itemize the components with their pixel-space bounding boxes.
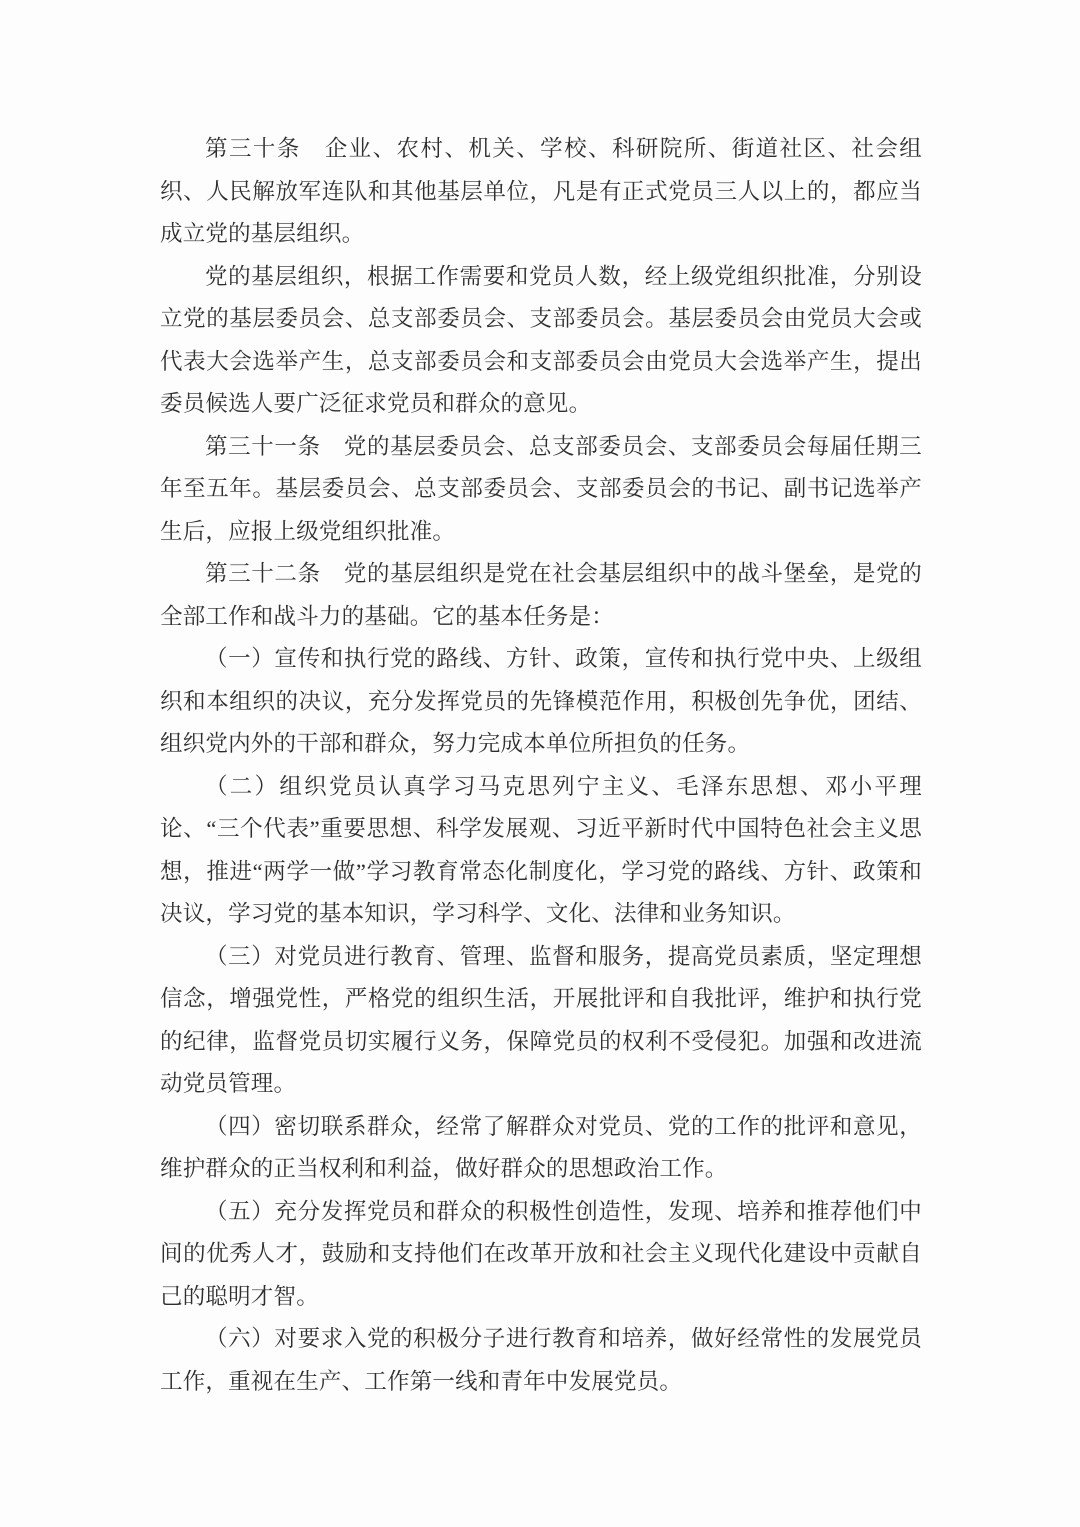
paragraph: 第三十二条 党的基层组织是党在社会基层组织中的战斗堡垒，是党的全部工作和战斗力的… (160, 553, 922, 638)
document-body: 第三十条 企业、农村、机关、学校、科研院所、街道社区、社会组织、人民解放军连队和… (160, 128, 922, 1403)
paragraph: 党的基层组织，根据工作需要和党员人数，经上级党组织批准，分别设立党的基层委员会、… (160, 256, 922, 426)
paragraph: （二）组织党员认真学习马克思列宁主义、毛泽东思想、邓小平理论、“三个代表”重要思… (160, 766, 922, 936)
paragraph: （四）密切联系群众，经常了解群众对党员、党的工作的批评和意见，维护群众的正当权利… (160, 1106, 922, 1191)
paragraph: 第三十一条 党的基层委员会、总支部委员会、支部委员会每届任期三年至五年。基层委员… (160, 426, 922, 554)
paragraph: （六）对要求入党的积极分子进行教育和培养，做好经常性的发展党员工作，重视在生产、… (160, 1318, 922, 1403)
paragraph: （五）充分发挥党员和群众的积极性创造性，发现、培养和推荐他们中间的优秀人才，鼓励… (160, 1191, 922, 1319)
document-page: 第三十条 企业、农村、机关、学校、科研院所、街道社区、社会组织、人民解放军连队和… (0, 0, 1080, 1527)
paragraph: 第三十条 企业、农村、机关、学校、科研院所、街道社区、社会组织、人民解放军连队和… (160, 128, 922, 256)
paragraph: （一）宣传和执行党的路线、方针、政策，宣传和执行党中央、上级组织和本组织的决议，… (160, 638, 922, 766)
paragraph: （三）对党员进行教育、管理、监督和服务，提高党员素质，坚定理想信念，增强党性，严… (160, 936, 922, 1106)
